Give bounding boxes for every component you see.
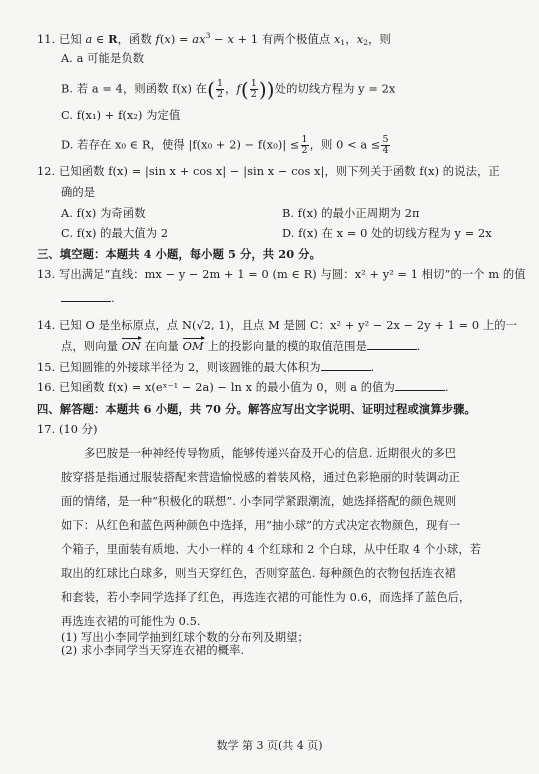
question-17-heading: 17. (10 分) <box>37 422 98 438</box>
question-12-option-b: B. f(x) 的最小正周期为 2π <box>282 206 420 222</box>
exam-page: 11. 已知 a ∈ R，函数 f(x) = ax3 − x + 1 有两个极值… <box>0 0 539 774</box>
question-17-text: 取出的红球比白球多，则当天穿红色，否则穿蓝色. 每种颜色的衣物包括连衣裙 <box>61 566 456 582</box>
question-15: 15. 已知圆锥的外接球半径为 2，则该圆锥的最大体积为. <box>37 360 374 376</box>
question-17-text: 多巴胺是一种神经传导物质，能够传递兴奋及开心的信息. 近期很火的多巴 <box>84 446 456 462</box>
question-17-text: 如下：从红色和蓝色两种颜色中选择，用“抽小球”的方式决定衣物颜色，现有一 <box>61 518 460 534</box>
question-17-text: 个箱子，里面装有质地、大小一样的 4 个红球和 2 个白球，从中任取 4 个小球… <box>61 542 481 558</box>
question-16: 16. 已知函数 f(x) = x(eˣ⁻¹ − 2a) − ln x 的最小值… <box>37 380 449 396</box>
question-14-cont: 点，则向量 ON 在向量 OM 上的投影向量的模的取值范围是. <box>61 339 421 355</box>
question-17-text: 面的情绪，是一种“积极化的联想”. 小李同学紧跟潮流，她选择搭配的颜色规则 <box>61 494 456 510</box>
question-17-text: 再选连衣裙的可能性为 0.5. <box>61 614 201 630</box>
question-17-part-2: (2) 求小李同学当天穿连衣裙的概率. <box>61 643 244 659</box>
question-11-option-b: B. 若 a = 4，则函数 f(x) 在(12，f(12))处的切线方程为 y… <box>61 79 395 100</box>
question-12-option-a: A. f(x) 为奇函数 <box>61 206 146 222</box>
question-11-stem: 11. 已知 a ∈ R，函数 f(x) = ax3 − x + 1 有两个极值… <box>37 31 391 48</box>
question-11-option-c: C. f(x₁) + f(x₂) 为定值 <box>61 108 180 124</box>
question-17-text: 胺穿搭是指通过服装搭配来营造愉悦感的着装风格，通过色彩艳丽的时装调动正 <box>61 470 460 486</box>
question-11-option-d: D. 若存在 x₀ ∈ R，使得 |f(x₀ + 2) − f(x₀)| ≤12… <box>61 135 391 156</box>
section-3-heading: 三、填空题：本题共 4 小题，每小题 5 分，共 20 分。 <box>37 246 321 262</box>
page-footer: 数学 第 3 页(共 4 页) <box>0 737 539 753</box>
question-12-option-d: D. f(x) 在 x = 0 处的切线方程为 y = 2x <box>282 226 492 242</box>
question-17-text: 和套装，若小李同学选择了红色，再选连衣裙的可能性为 0.6，而选择了蓝色后， <box>61 590 470 606</box>
question-12-option-c: C. f(x) 的最大值为 2 <box>61 226 168 242</box>
question-12-stem-cont: 确的是 <box>61 185 95 201</box>
question-11-option-a: A. a 可能是负数 <box>61 51 144 67</box>
question-12-stem: 12. 已知函数 f(x) = |sin x + cos x| − |sin x… <box>37 164 500 180</box>
question-14: 14. 已知 O 是坐标原点，点 N(√2, 1)，且点 M 是圆 C：x² +… <box>37 318 517 334</box>
answer-blank[interactable] <box>321 360 371 371</box>
answer-blank[interactable] <box>395 380 445 391</box>
answer-blank[interactable] <box>367 339 417 350</box>
answer-blank[interactable] <box>61 291 111 302</box>
question-13: 13. 写出满足“直线：mx − y − 2m + 1 = 0 (m ∈ R) … <box>37 267 526 283</box>
question-13-answer-line: . <box>61 291 115 307</box>
section-4-heading: 四、解答题：本题共 6 小题，共 70 分。解答应写出文字说明、证明过程或演算步… <box>37 401 476 417</box>
